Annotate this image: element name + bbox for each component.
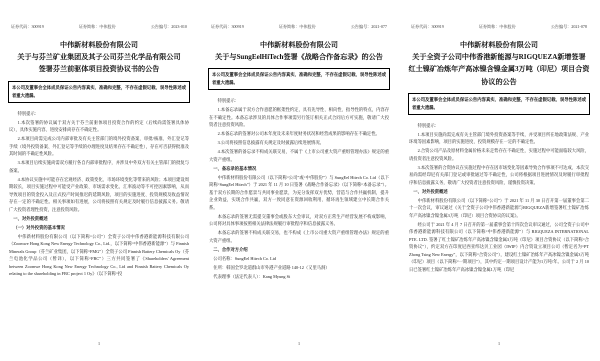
disclaimer-box: 本公司及董事会全体成员保证公告内容真实、准确和完整，不存在虚假记载、误导性陈述或… [208,68,390,90]
body-paragraph: 本备忘录的签署不构成关联交易，也不构成《上市公司重大资产重组管理办法》规定的重大… [209,229,389,244]
disclaimer-box: 本公司及董事会全体成员保证公告内容真实、准确和完整，不存在虚假记载、误导性陈述或… [408,93,590,115]
announcement-title: 中伟新材料股份有限公司关于与芬兰矿业集团及其子公司芬兰化学品有限公司签署芬兰前驱… [6,39,192,76]
announcement-title: 中伟新材料股份有限公司关于与SungEelHiTech签署《战略合作备忘录》的公… [206,39,392,63]
body-paragraph: 二、合作对方介绍 [209,246,389,254]
announcement-body: 特别提示：1.本备忘录属于双方合作意愿的框架性约定，具有先导性、相向性、指导性的… [206,97,392,280]
body-paragraph: 2.本备忘录的签署对公司本年度及未来年度财务状况和经营成果的影响存在不确定性。 [209,130,389,138]
title-line: 中伟新材料股份有限公司 [406,39,592,51]
announcement-title: 中伟新材料股份有限公司关于全资子公司中伟香港新能源与RIGQUEZA新增签署红土… [406,39,592,88]
page-number: 1 [6,341,192,346]
securities-header: 证券代码：300919 证券简称：中伟股份 公告编号：2023-010 [6,24,192,30]
body-paragraph: 4.本次签署的备忘录不构成关联交易，不属于《上市公司重大资产重组管理办法》规定的… [209,148,389,163]
title-line: 中伟新材料股份有限公司 [6,39,192,51]
announcement-number: 公告编号：2023-010 [151,24,187,30]
title-line: 关于与芬兰矿业集团及其子公司芬兰化学品有限公司 [6,51,192,63]
securities-header: 证券代码：300919 证券简称：中伟股份 公告编号：2021-077 [206,24,392,30]
announcement-pages-row: 证券代码：300919 证券简称：中伟股份 公告编号：2023-010 中伟新材… [0,0,600,346]
stock-code: 证券代码：300919 [411,24,444,30]
announcement-page-sungeel: 证券代码：300919 证券简称：中伟股份 公告编号：2021-077 中伟新材… [206,24,392,346]
body-paragraph: 特别提示： [9,110,189,118]
body-paragraph: 3.公司将按照信息披露有关规定及时披露后续进展情况。 [209,139,389,147]
title-line: 协议的公告 [406,76,592,88]
body-paragraph: 2.本项目尚需完成公司内部审批及有关主管部门的境外投资备案、审批/核准、外汇登记… [9,135,189,158]
announcement-body: 特别提示：1.本次签署的协议属于双方关于芬兰前驱体项目投资合作的约定（后续尚需签… [6,110,192,278]
body-paragraph: 本备忘录的签署无需提交董事会或股东大会审议，对双方正常生产经营发展不构成影响，公… [209,213,389,228]
body-paragraph: 4.本协议实施中可能存在宏观经济、政策变化、市场环境变化等带来的风险；本项目建设… [9,176,189,214]
body-paragraph: 2.合资公司产品及原材料金属价格未来走势存在不确定性，实施过程中可能面临较大风险… [409,147,589,162]
body-paragraph: 经公司于 2021 年 4 月 7 日召开的第一届董事会第十四次会议审议通过，公… [409,221,589,274]
body-paragraph: 特别提示： [209,97,389,105]
title-line: 签署芬兰前驱体项目投资协议书的公告 [6,63,192,75]
body-paragraph: 3.本次签署的合资协议在实施过程中存在因市场变化等因素导致合作事项不可达成、本次… [409,164,589,187]
title-line: 关于与SungEelHiTech签署《战略合作备忘录》的公告 [206,51,392,63]
page-number: 1 [406,341,592,346]
body-paragraph: 中伟新材料股份有限公司（以下简称“公司”）全资子公司中伟香港新能源科技有限公司（… [9,233,189,278]
announcement-body: 特别提示：1.本项目实施尚需完成有关主管部门境外投资备案等手续，并受项目所在地政… [406,122,592,274]
body-paragraph: 特别提示： [409,122,589,130]
body-paragraph: 一、备忘录的基本情况 [209,165,389,173]
announcement-page-finland: 证券代码：300919 证券简称：中伟股份 公告编号：2023-010 中伟新材… [6,24,192,346]
body-paragraph: 一、对外投资概述 [9,215,189,223]
stock-code: 证券代码：300919 [211,24,244,30]
announcement-number: 公告编号：2021-077 [351,24,387,30]
securities-header: 证券代码：300919 证券简称：中伟股份 公告编号：2021-078 [406,24,592,30]
body-paragraph: 1.本次签署的协议属于双方关于芬兰前驱体项目投资合作的约定（后续尚需签署具体协议… [9,119,189,134]
stock-name: 证券简称：中伟股份 [479,24,516,30]
body-paragraph: 公司名称：SungEel Hitech Co. Ltd [209,255,389,263]
title-line: 中伟新材料股份有限公司 [206,39,392,51]
title-line: 关于全资子公司中伟香港新能源与RIGQUEZA新增签署 [406,51,592,63]
announcement-number: 公告编号：2021-078 [551,24,587,30]
body-paragraph: 一、对外投资概述 [409,188,589,196]
body-paragraph: （一）对外投资的基本情况 [9,224,189,232]
body-paragraph: 1.本备忘录属于双方合作意愿的框架性约定，具有先导性、相向性、指导性的特点，内容… [209,106,389,129]
disclaimer-box: 本公司及董事会全体成员保证公告内容真实、准确和完整，不存在虚假记载、误导性陈述或… [8,81,190,103]
body-paragraph: 3.本项目后续实施尚需双方履行各自内部审批程序，并涉及中外双方有关主管部门的批复… [9,159,189,174]
title-line: 红土镍矿冶炼年产高冰镍含镍金属3万吨（印尼）项目合资 [406,63,592,75]
stock-name: 证券简称：中伟股份 [79,24,116,30]
body-paragraph: 1.本项目实施尚需完成有关主管部门境外投资备案等手续，并受项目所在地政策法规、产… [409,131,589,146]
stock-code: 证券代码：300919 [11,24,44,30]
announcement-page-rigqueza: 证券代码：300919 证券简称：中伟股份 公告编号：2021-078 中伟新材… [406,24,592,346]
page-number: 1 [206,341,392,346]
stock-name: 证券简称：中伟股份 [279,24,316,30]
body-paragraph: 住所：韩国全罗北道群山市外港产业道路 140-12（又里马洞） [209,264,389,272]
body-paragraph: 中伟新材料股份有限公司（以下简称“公司”或“中伟股份”）与 SungEel Hi… [209,174,389,212]
body-paragraph: 代表理事（法定代表人）：Kang Myung Si [209,273,389,281]
body-paragraph: 中伟新材料股份有限公司（以下简称“公司”）于 2021 年 11 月 30 日召… [409,197,589,220]
